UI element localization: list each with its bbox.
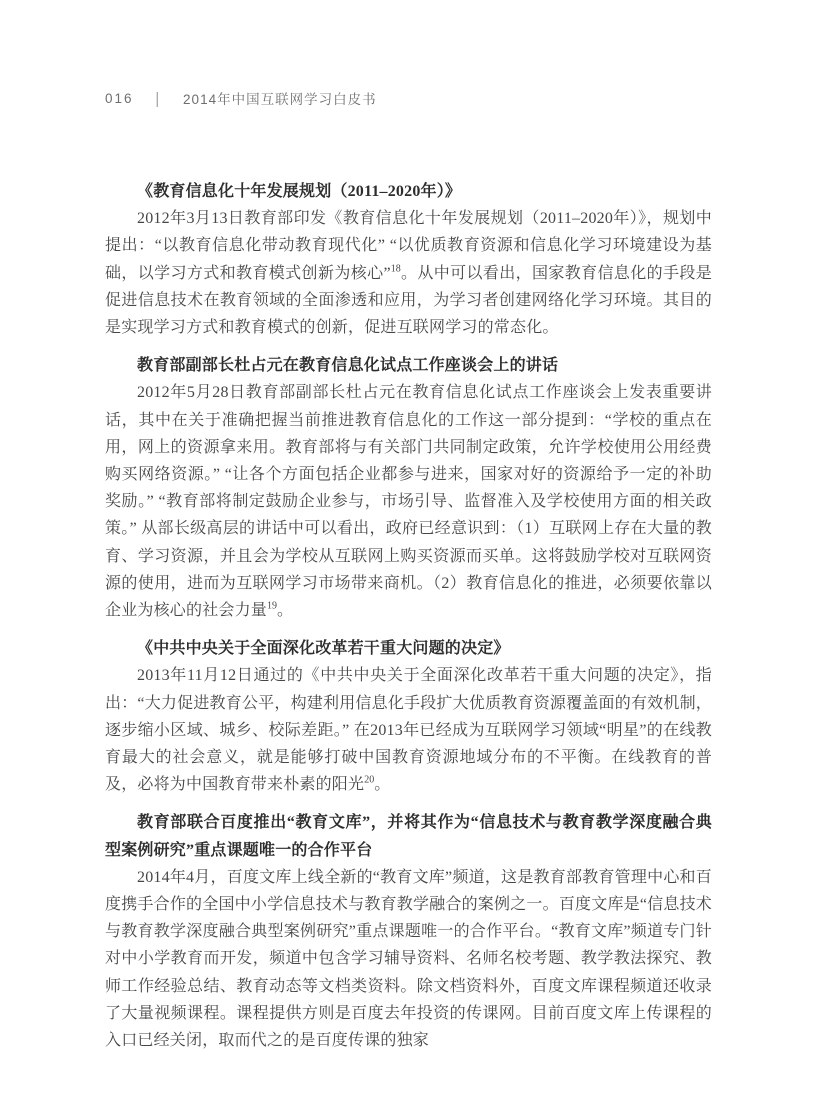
paragraph-text: 。 (277, 602, 293, 619)
page-header: 016 | 2014年中国互联网学习白皮书 (105, 88, 377, 108)
paragraph-text: 2013年11月12日通过的《中共中央关于全面深化改革若干重大问题的决定》，指出… (105, 667, 712, 793)
heading-vice-minister-speech: 教育部副部长杜占元在教育信息化试点工作座谈会上的讲话 (105, 352, 712, 379)
paragraph-text: 2012年5月28日教育部副部长杜占元在教育信息化试点工作座谈会上发表重要讲话，… (105, 384, 712, 619)
page-number: 016 (105, 91, 134, 106)
paragraph-plan: 2012年3月13日教育部印发《教育信息化十年发展规划（2011–2020年）》… (105, 205, 712, 341)
heading-education-informatization-plan: 《教育信息化十年发展规划（2011–2020年）》 (105, 178, 712, 205)
heading-ccp-decision: 《中共中央关于全面深化改革若干重大问题的决定》 (105, 635, 712, 662)
paragraph-speech: 2012年5月28日教育部副部长杜占元在教育信息化试点工作座谈会上发表重要讲话，… (105, 379, 712, 624)
paragraph-baidu: 2014年4月，百度文库上线全新的“教育文库”频道，这是教育部教育管理中心和百度… (105, 864, 712, 1054)
paragraph-decision: 2013年11月12日通过的《中共中央关于全面深化改革若干重大问题的决定》，指出… (105, 662, 712, 798)
footnote-ref-19: 19 (267, 601, 277, 612)
page-content: 《教育信息化十年发展规划（2011–2020年）》 2012年3月13日教育部印… (105, 167, 712, 1054)
paragraph-text: 。 (374, 776, 390, 793)
footnote-ref-20: 20 (364, 775, 374, 786)
heading-baidu-wenku: 教育部联合百度推出“教育文库”，并将其作为“信息技术与教育教学深度融合典型案例研… (105, 809, 712, 863)
header-divider: | (156, 89, 160, 106)
book-title: 2014年中国互联网学习白皮书 (183, 88, 377, 108)
document-page: 016 | 2014年中国互联网学习白皮书 《教育信息化十年发展规划（2011–… (0, 0, 816, 1100)
footnote-ref-18: 18 (391, 263, 401, 274)
